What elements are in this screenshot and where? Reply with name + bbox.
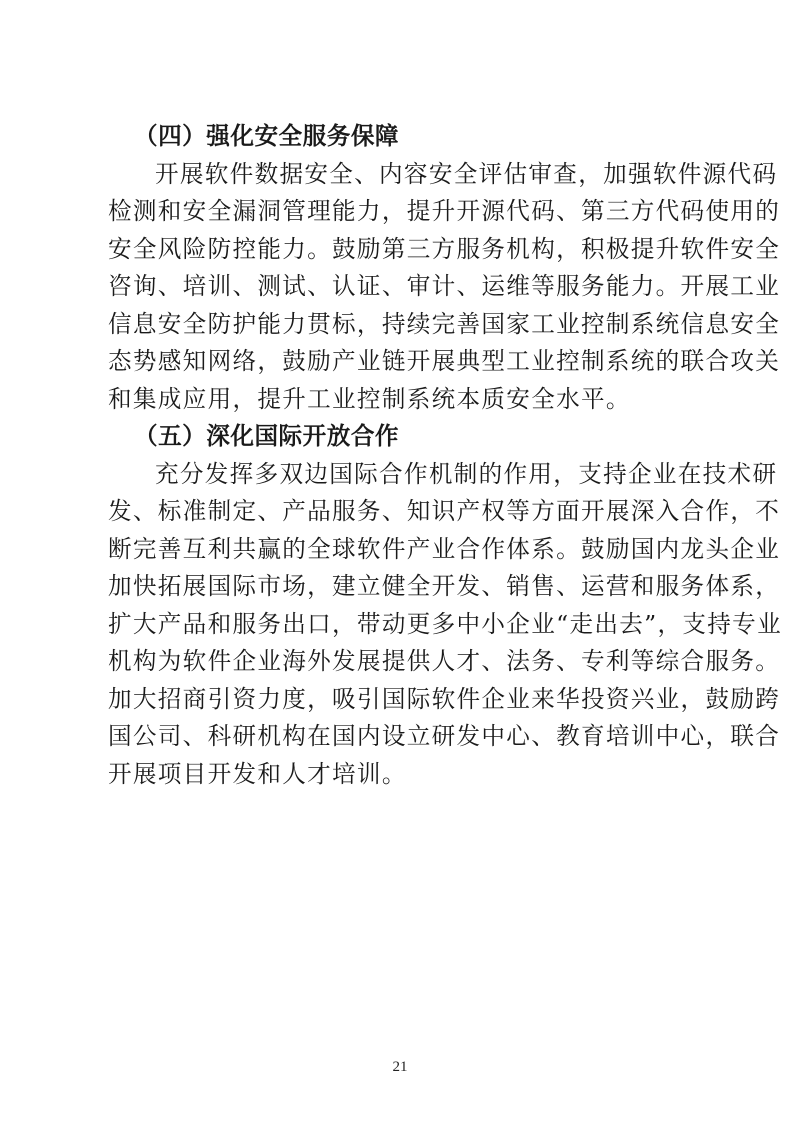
- paragraph-line: 加大招商引资力度，吸引国际软件企业来华投资兴业，鼓励跨: [108, 681, 694, 719]
- section-heading-5: （五）深化国际开放合作: [108, 418, 694, 456]
- paragraph-line: 信息安全防护能力贯标，持续完善国家工业控制系统信息安全: [108, 306, 694, 344]
- paragraph-line: 断完善互利共赢的全球软件产业合作体系。鼓励国内龙头企业: [108, 531, 694, 569]
- paragraph-line: 安全风险防控能力。鼓励第三方服务机构，积极提升软件安全: [108, 231, 694, 269]
- paragraph-line: 充分发挥多双边国际合作机制的作用，支持企业在技术研: [108, 456, 694, 494]
- paragraph-line: 检测和安全漏洞管理能力，提升开源代码、第三方代码使用的: [108, 193, 694, 231]
- document-page: （四）强化安全服务保障 开展软件数据安全、内容安全评估审查，加强软件源代码 检测…: [108, 118, 694, 793]
- paragraph-line: 发、标准制定、产品服务、知识产权等方面开展深入合作，不: [108, 493, 694, 531]
- paragraph-line: 态势感知网络，鼓励产业链开展典型工业控制系统的联合攻关: [108, 343, 694, 381]
- paragraph-line: 开展项目开发和人才培训。: [108, 756, 694, 794]
- section-heading-4: （四）强化安全服务保障: [108, 118, 694, 156]
- paragraph-line: 机构为软件企业海外发展提供人才、法务、专利等综合服务。: [108, 643, 694, 681]
- paragraph-line: 加快拓展国际市场，建立健全开发、销售、运营和服务体系，: [108, 568, 694, 606]
- paragraph-line: 扩大产品和服务出口，带动更多中小企业“走出去”，支持专业: [108, 606, 694, 644]
- page-number: 21: [0, 1059, 800, 1076]
- paragraph-line: 咨询、培训、测试、认证、审计、运维等服务能力。开展工业: [108, 268, 694, 306]
- paragraph-line: 和集成应用，提升工业控制系统本质安全水平。: [108, 381, 694, 419]
- paragraph-line: 国公司、科研机构在国内设立研发中心、教育培训中心，联合: [108, 718, 694, 756]
- paragraph-line: 开展软件数据安全、内容安全评估审查，加强软件源代码: [108, 156, 694, 194]
